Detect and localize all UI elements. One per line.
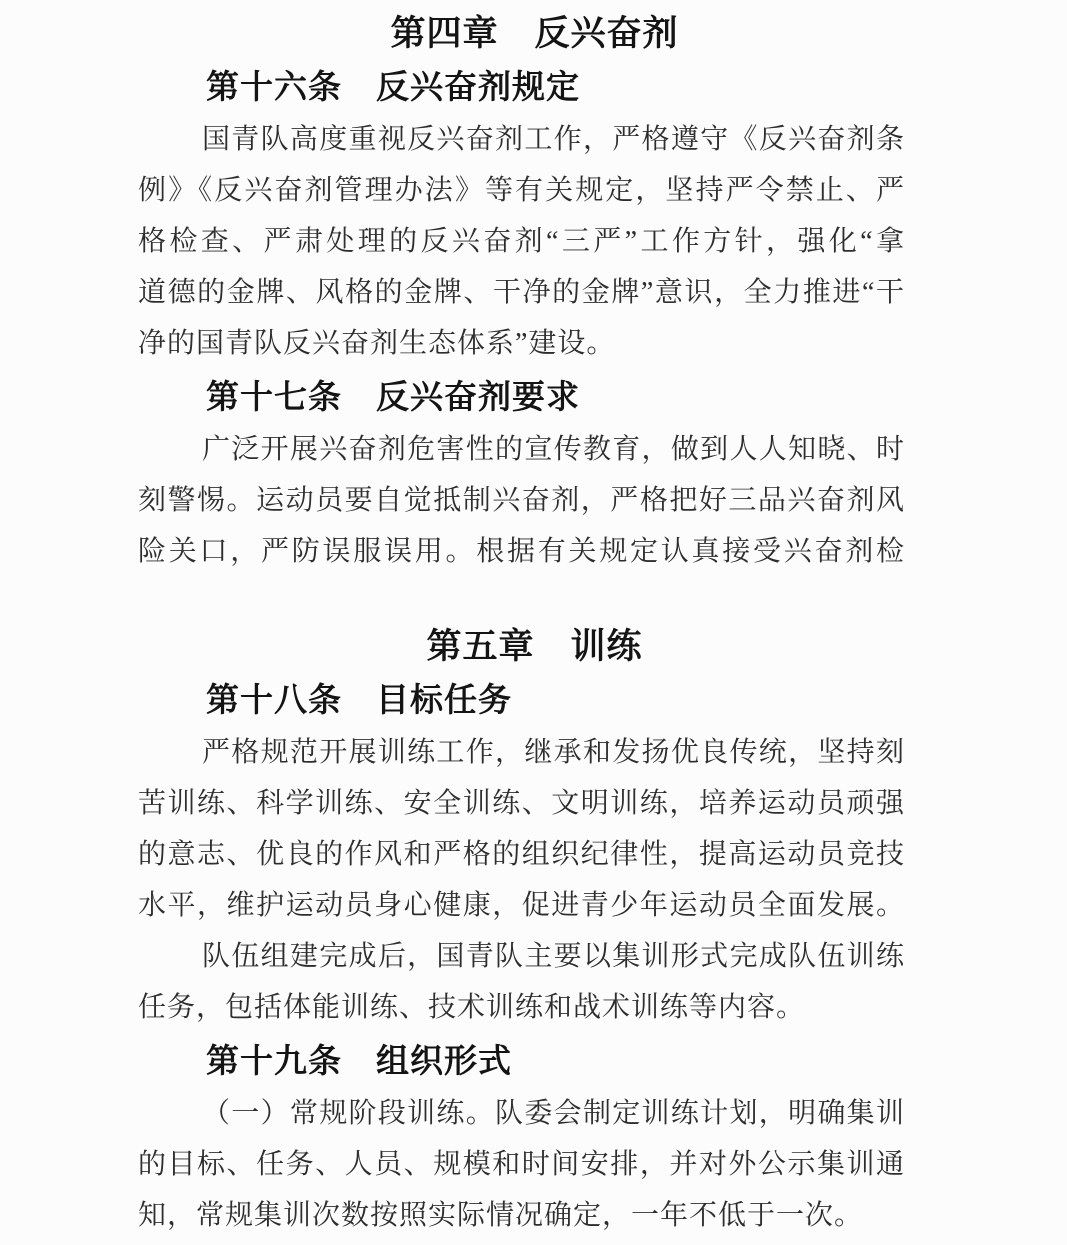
text-line: 格检查、严肃处理的反兴奋剂“三严”工作方针，强化“拿 xyxy=(138,216,905,267)
text-line: 刻警惕。运动员要自觉抵制兴奋剂，严格把好三品兴奋剂风 xyxy=(138,475,905,526)
chapter-title: 第四章 反兴奋剂 xyxy=(138,8,931,59)
text-line: 的目标、任务、人员、规模和时间安排，并对外公示集训通 xyxy=(138,1139,905,1190)
article-heading: 第十七条 反兴奋剂要求 xyxy=(138,373,905,424)
paragraph: 严格规范开展训练工作，继承和发扬优良传统，坚持刻苦训练、科学训练、安全训练、文明… xyxy=(138,727,905,931)
article-heading: 第十八条 目标任务 xyxy=(138,676,905,727)
chapter-title: 第五章 训练 xyxy=(138,621,931,672)
text-column: 第四章 反兴奋剂第十六条 反兴奋剂规定国青队高度重视反兴奋剂工作，严格遵守《反兴… xyxy=(138,8,905,1241)
text-line: 险关口，严防误服误用。根据有关规定认真接受兴奋剂检查。 xyxy=(138,526,905,577)
text-line: 水平，维护运动员身心健康，促进青少年运动员全面发展。 xyxy=(138,880,905,931)
text-line: 净的国青队反兴奋剂生态体系”建设。 xyxy=(138,318,905,369)
paragraph: （一）常规阶段训练。队委会制定训练计划，明确集训的目标、任务、人员、规模和时间安… xyxy=(138,1088,905,1241)
text-line: （一）常规阶段训练。队委会制定训练计划，明确集训 xyxy=(138,1088,905,1139)
text-line: 国青队高度重视反兴奋剂工作，严格遵守《反兴奋剂条 xyxy=(138,114,905,165)
document-page: 第四章 反兴奋剂第十六条 反兴奋剂规定国青队高度重视反兴奋剂工作，严格遵守《反兴… xyxy=(0,0,1067,1245)
text-line: 广泛开展兴奋剂危害性的宣传教育，做到人人知晓、时 xyxy=(138,424,905,475)
text-line: 任务，包括体能训练、技术训练和战术训练等内容。 xyxy=(138,982,905,1033)
text-line: 苦训练、科学训练、安全训练、文明训练，培养运动员顽强 xyxy=(138,778,905,829)
paragraph: 国青队高度重视反兴奋剂工作，严格遵守《反兴奋剂条例》《反兴奋剂管理办法》等有关规… xyxy=(138,114,905,369)
text-line: 例》《反兴奋剂管理办法》等有关规定，坚持严令禁止、严 xyxy=(138,165,905,216)
paragraph: 队伍组建完成后，国青队主要以集训形式完成队伍训练任务，包括体能训练、技术训练和战… xyxy=(138,931,905,1033)
text-line: 道德的金牌、风格的金牌、干净的金牌”意识，全力推进“干 xyxy=(138,267,905,318)
article-heading: 第十六条 反兴奋剂规定 xyxy=(138,63,905,114)
text-line: 的意志、优良的作风和严格的组织纪律性，提高运动员竞技 xyxy=(138,829,905,880)
paragraph: 广泛开展兴奋剂危害性的宣传教育，做到人人知晓、时刻警惕。运动员要自觉抵制兴奋剂，… xyxy=(138,424,905,577)
text-line: 队伍组建完成后，国青队主要以集训形式完成队伍训练 xyxy=(138,931,905,982)
article-heading: 第十九条 组织形式 xyxy=(138,1037,905,1088)
text-line: 严格规范开展训练工作，继承和发扬优良传统，坚持刻 xyxy=(138,727,905,778)
text-line: 知，常规集训次数按照实际情况确定，一年不低于一次。 xyxy=(138,1190,905,1241)
